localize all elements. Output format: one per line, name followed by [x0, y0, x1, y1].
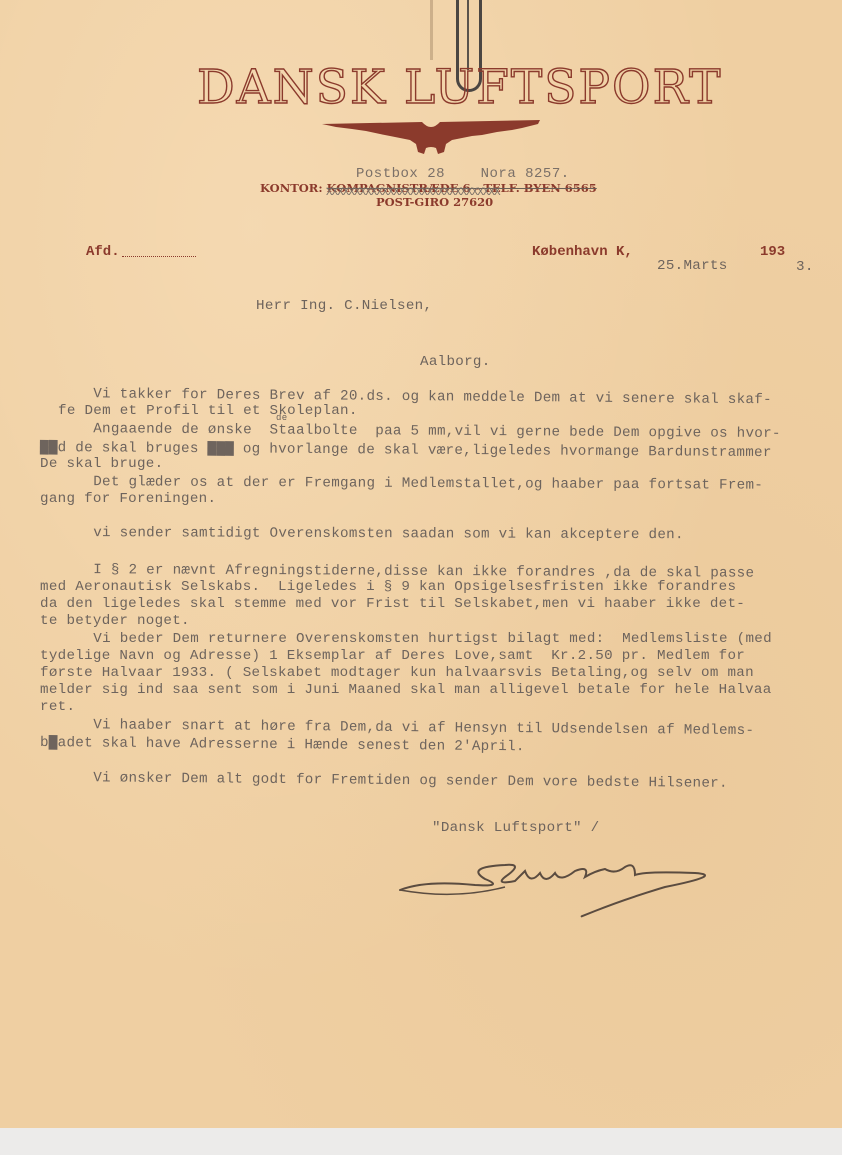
- body-line: Vi beder Dem returnere Overenskomsten hu…: [58, 631, 772, 647]
- kontor-label: KONTOR:: [260, 181, 327, 195]
- body-line: te betyder noget.: [40, 613, 190, 629]
- signature-icon: [395, 845, 755, 925]
- afd-dotted-line: [122, 256, 196, 257]
- afd-label: Afd.: [86, 244, 120, 260]
- body-line: De skal bruge.: [40, 456, 163, 472]
- body-line: fe Dem et Profil til et Skoleplan.: [58, 403, 358, 419]
- city-label: København K,: [532, 244, 633, 260]
- body-line: med Aeronautisk Selskabs. Ligeledes i § …: [40, 579, 736, 595]
- body-line: vi sender samtidigt Overenskomsten saada…: [58, 525, 684, 543]
- letterhead-brand: DANSK LUFTSPORT: [197, 60, 677, 115]
- signoff: "Dansk Luftsport" /: [432, 820, 599, 836]
- body-line: b▇adet skal have Adresserne i Hænde sene…: [40, 734, 525, 755]
- year-prefix: 193: [760, 244, 785, 260]
- superscript-insert: de: [276, 413, 287, 423]
- body-line: Vi ønsker Dem alt godt for Fremtiden og …: [58, 770, 728, 792]
- clip-stain: [430, 0, 433, 60]
- post-giro: POST-GIRO 27620: [376, 195, 493, 209]
- body-line: første Halvaar 1933. ( Selskabet modtage…: [40, 665, 754, 681]
- recipient-name: Herr Ing. C.Nielsen,: [256, 298, 432, 314]
- body-line: Angaaende de ønske Staalbolte paa 5 mm,v…: [58, 421, 781, 442]
- body-line: tydelige Navn og Adresse) 1 Eksemplar af…: [40, 648, 745, 664]
- letter-paper: DANSK LUFTSPORT Postbox 28 Nora 8257. KO…: [0, 0, 842, 1128]
- date-year-suffix: 3.: [796, 259, 814, 275]
- body-line: gang for Foreningen.: [40, 491, 216, 507]
- body-line: da den ligeledes skal stemme med vor Fri…: [40, 596, 745, 612]
- body-line: ret.: [40, 699, 75, 715]
- wing-emblem-icon: [322, 118, 540, 158]
- body-line: melder sig ind saa sent som i Juni Maane…: [40, 682, 772, 698]
- date-day-month: 25.Marts: [657, 258, 728, 274]
- recipient-city: Aalborg.: [420, 354, 491, 370]
- postbox-typed: Postbox 28 Nora 8257.: [356, 166, 570, 182]
